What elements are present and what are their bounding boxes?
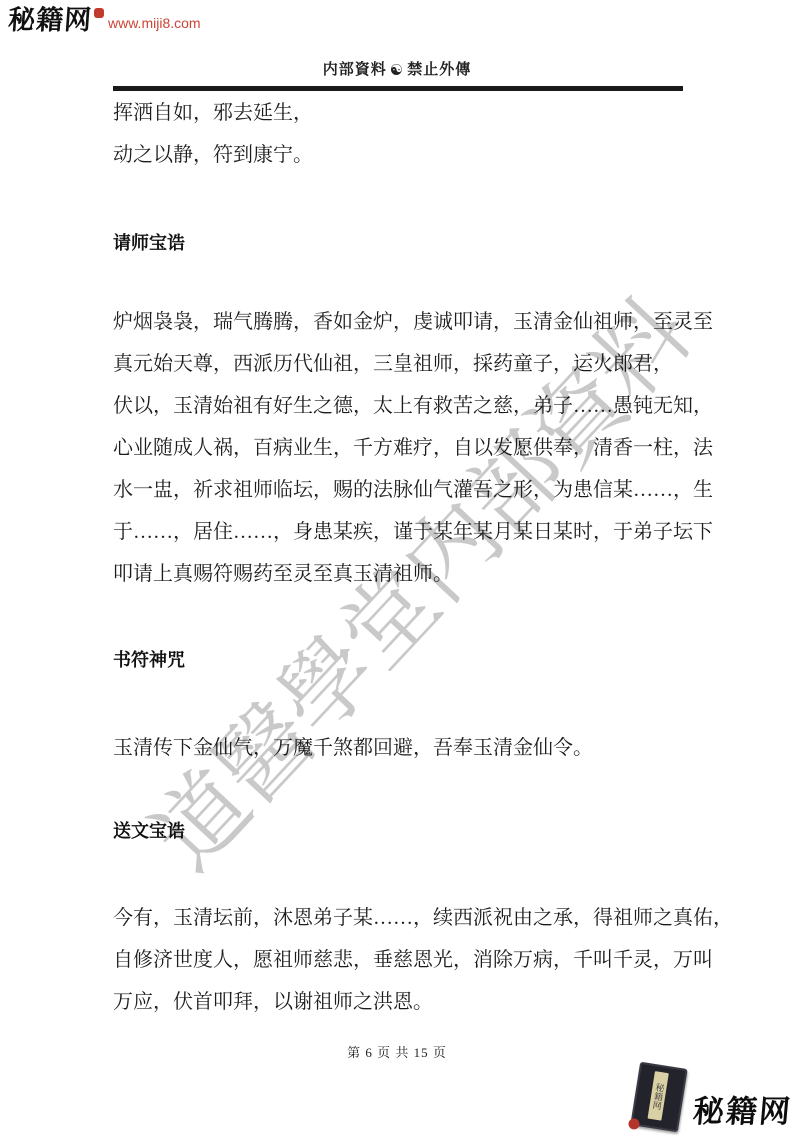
text-line: 于……，居住……，身患某疾，谨于某年某月某日某时，于弟子坛下: [113, 511, 688, 553]
text-line: 叩请上真赐符赐药至灵至真玉清祖师。: [113, 553, 688, 595]
text-line: 真元始天尊，西派历代仙祖，三皇祖师，採药童子，运火郎君，: [113, 343, 688, 385]
text-line: 水一盅，祈求祖师临坛，赐的法脉仙气灌吾之形，为患信某……，生: [113, 469, 688, 511]
site-logo-text: 秘籍网: [692, 1095, 794, 1129]
section-heading-qingshi: 请师宝诰: [113, 230, 688, 256]
taiji-icon: ☯: [390, 61, 404, 79]
text-line: 挥洒自如，邪去延生，: [113, 92, 688, 134]
document-page: 秘籍网 www.miji8.com 内部資料☯禁止外傳 道醫學堂内部資料 挥洒自…: [0, 0, 794, 1135]
text-line: 伏以，玉清始祖有好生之德，太上有救苦之慈，弟子……愚钝无知，: [113, 385, 688, 427]
book-icon: 秘籍网: [630, 1062, 687, 1133]
text-line: 炉烟袅袅，瑞气腾腾，香如金炉，虔诚叩请，玉清金仙祖师，至灵至: [113, 301, 688, 343]
site-logo-text: 秘籍网: [7, 6, 93, 36]
header-label-right: 禁止外傳: [407, 62, 471, 78]
text-line: 心业随成人祸，百病业生，千方难疗，自以发愿供奉，清香一柱，法: [113, 427, 688, 469]
header-label-left: 内部資料: [323, 62, 387, 78]
header-divider: [113, 86, 683, 91]
page-header: 内部資料☯禁止外傳: [0, 58, 794, 79]
text-line: 自修济世度人，愿祖师慈悲，垂慈恩光，消除万病，千叫千灵，万叫: [113, 939, 688, 981]
page-number: 第 6 页 共 15 页: [0, 1042, 794, 1061]
book-label: 秘籍网: [648, 1071, 669, 1121]
red-seal-icon: [94, 8, 104, 18]
section-paragraph: 今有，玉清坛前，沐恩弟子某……，续西派祝由之承，得祖师之真佑， 自修济世度人，愿…: [113, 897, 688, 1023]
red-seal-icon: [628, 1118, 641, 1131]
site-logo: 秘籍网 www.miji8.com: [8, 6, 201, 36]
site-url: www.miji8.com: [108, 15, 201, 31]
site-logo-bottom: 秘籍网 秘籍网: [635, 1065, 792, 1129]
section-heading-songwen: 送文宝诰: [113, 818, 688, 844]
text-line: 动之以静，符到康宁。: [113, 134, 688, 176]
section-paragraph: 炉烟袅袅，瑞气腾腾，香如金炉，虔诚叩请，玉清金仙祖师，至灵至 真元始天尊，西派历…: [113, 301, 688, 595]
text-line: 今有，玉清坛前，沐恩弟子某……，续西派祝由之承，得祖师之真佑，: [113, 897, 688, 939]
section-paragraph: 玉清传下金仙气，万魔千煞都回避，吾奉玉清金仙令。: [113, 727, 688, 769]
text-line: 玉清传下金仙气，万魔千煞都回避，吾奉玉清金仙令。: [113, 727, 688, 769]
text-line: 万应，伏首叩拜，以谢祖师之洪恩。: [113, 981, 688, 1023]
intro-paragraph: 挥洒自如，邪去延生， 动之以静，符到康宁。: [113, 92, 688, 176]
section-heading-shufu: 书符神咒: [113, 647, 688, 673]
